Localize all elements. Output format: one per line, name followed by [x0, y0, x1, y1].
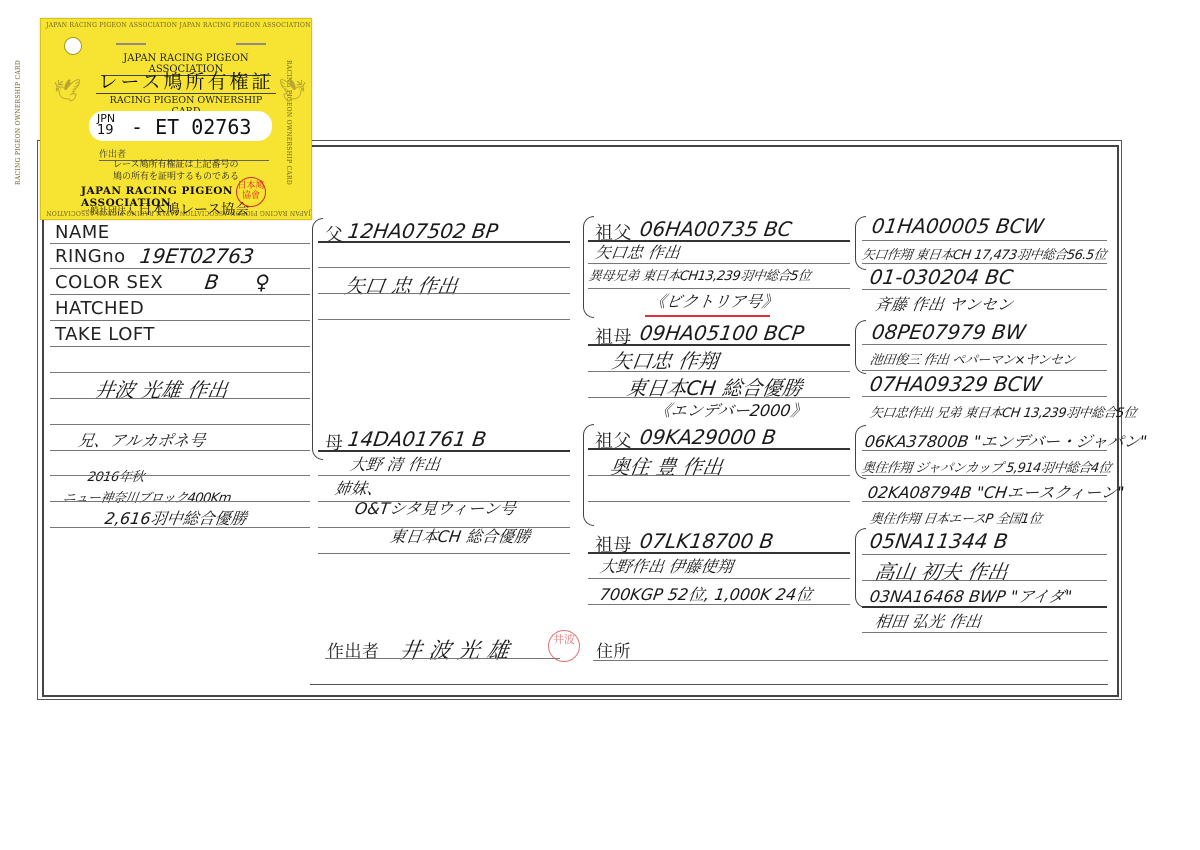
divider — [862, 396, 1107, 397]
card-ring-number: JPN 19 - ET 02763 — [89, 111, 272, 141]
card-note-line: 鳩の所有を証明するものである — [113, 171, 239, 183]
divider — [325, 658, 560, 659]
sire-sire-line-3: 《ビクトリア号》 — [648, 289, 779, 312]
divider — [50, 372, 310, 373]
divider — [588, 263, 850, 264]
address-line — [593, 660, 1108, 661]
gg-line-8: 相田 弘光 作出 — [873, 609, 982, 632]
divider — [862, 289, 1107, 290]
red-underline — [645, 315, 770, 317]
card-association-prefix: 一般社団法人 — [81, 207, 135, 217]
association-seal: 日本鳩協會 — [236, 177, 266, 207]
divider — [862, 606, 1107, 608]
divider — [318, 553, 570, 554]
breeder-stamp: 井波 — [548, 630, 580, 662]
gg-ring-8: 03NA16468 BWP "アイダ" — [868, 584, 1073, 607]
divider — [318, 319, 570, 320]
dam-sire-ring: 09KA29000 B — [638, 425, 777, 449]
field-value-color-sex: B ♀ — [203, 270, 271, 294]
pigeon-emblem-icon: 🕊 — [53, 79, 81, 104]
field-value-ringno: 19ET02763 — [138, 244, 255, 268]
sire-ring: 12HA07502 BP — [346, 219, 499, 243]
sire-dam-line-1: 矢口忠 作翔 — [610, 345, 720, 374]
pigeon-note-1: 兄、アルカポネ号 — [76, 428, 207, 451]
gg-line-5: 奥住作翔 ジャパンカップ 5,914羽中総合4位 — [861, 457, 1113, 476]
card-border-text-left: RACING PIGEON OWNERSHIP CARD — [15, 60, 22, 185]
divider — [50, 527, 310, 528]
divider — [318, 293, 570, 294]
staple — [116, 43, 146, 45]
gg-line-2: 斉藤 作出 ヤンセン — [873, 292, 1014, 315]
card-note-line: レース鳩所有権証は上記番号の — [113, 159, 239, 171]
divider — [50, 450, 310, 451]
divider — [50, 475, 310, 476]
ownership-card: JAPAN RACING PIGEON ASSOCIATION JAPAN RA… — [40, 18, 312, 220]
sire-sire-line-2: 異母兄弟 東日本CH13,239羽中総合5位 — [588, 265, 812, 284]
gg-line-4: 矢口忠作出 兄弟 東日本CH 13,239羽中総合5位 — [869, 402, 1138, 421]
divider — [50, 424, 310, 425]
gg-ring-2: 01-030204 BC — [868, 265, 1014, 289]
sire-dam-line-3: 《エンデバー2000》 — [653, 398, 808, 421]
sire-dam-ring: 09HA05100 BCP — [638, 321, 805, 345]
divider — [50, 398, 310, 399]
dam-dam-line-1: 大野作出 伊藤使翔 — [598, 554, 734, 577]
gg-line-3: 池田俊三 作出 ペパーマン×ヤンセン — [869, 349, 1077, 368]
divider — [50, 346, 310, 347]
divider — [318, 241, 570, 243]
divider — [862, 240, 1107, 241]
card-title-jp: レース鳩所有権証 — [96, 67, 276, 94]
field-label-take-loft: TAKE LOFT — [55, 324, 155, 345]
divider — [588, 475, 850, 476]
divider — [588, 501, 850, 502]
pigeon-note-4: 2,616羽中総合優勝 — [103, 506, 248, 529]
gg-ring-1: 01HA00005 BCW — [870, 214, 1045, 238]
divider — [588, 604, 850, 605]
sire-line-1: 矢口 忠 作出 — [343, 270, 460, 299]
divider — [862, 501, 1107, 502]
divider — [588, 448, 850, 450]
divider — [862, 554, 1107, 555]
ring-code: - ET 02763 — [131, 115, 251, 139]
divider — [862, 450, 1107, 451]
brace — [855, 320, 866, 374]
sire-label: 父 — [325, 221, 344, 247]
card-hole — [64, 37, 82, 55]
gg-line-6: 奥住作翔 日本エースP 全国1位 — [869, 508, 1043, 527]
pigeon-emblem-icon: 🕊 — [279, 79, 307, 104]
divider — [50, 268, 310, 269]
field-label-color-sex: COLOR SEX — [55, 272, 163, 293]
sire-sire-ring: 06HA00735 BC — [638, 217, 793, 241]
ring-prefix: JPN 19 — [97, 113, 115, 137]
divider — [50, 294, 310, 295]
divider — [862, 475, 1107, 476]
brace — [312, 218, 323, 460]
pigeon-note-3: ニュー神奈川ブロック400Km — [62, 487, 233, 506]
divider — [50, 320, 310, 321]
card-association-footer-jp: 一般社団法人 日本鳩レース協会 — [81, 199, 249, 219]
gg-ring-3: 08PE07979 BW — [870, 320, 1027, 344]
divider — [318, 267, 570, 268]
divider — [862, 263, 1107, 264]
staple — [236, 43, 266, 45]
ring-prefix-year: 19 — [97, 125, 115, 137]
divider — [318, 527, 570, 528]
divider — [862, 344, 1107, 345]
gg-ring-7: 05NA11344 B — [868, 529, 1009, 553]
divider — [862, 632, 1107, 633]
divider — [50, 501, 310, 502]
card-border-text-top: JAPAN RACING PIGEON ASSOCIATION JAPAN RA… — [46, 22, 311, 29]
field-label-name: NAME — [55, 222, 110, 243]
dam-line-3: O&Tシタ見ウィーン号 — [353, 496, 517, 519]
footer-address-label: 住所 — [596, 637, 631, 662]
dam-line-1: 大野 清 作出 — [348, 452, 441, 475]
dam-dam-line-2: 700KGP 52位, 1,000K 24位 — [598, 582, 814, 605]
divider — [862, 580, 1107, 581]
card-note: レース鳩所有権証は上記番号の 鳩の所有を証明するものである — [113, 159, 239, 183]
divider — [862, 370, 1107, 371]
divider — [310, 684, 1108, 685]
sire-sire-line-1: 矢口忠 作出 — [593, 240, 681, 263]
gg-line-1: 矢口作翔 東日本CH 17,473羽中総合56.5位 — [861, 244, 1108, 263]
field-label-ringno: RINGno — [55, 246, 126, 267]
field-label-hatched: HATCHED — [55, 298, 144, 319]
dam-dam-ring: 07LK18700 B — [638, 529, 775, 553]
brace — [855, 528, 866, 608]
divider — [588, 578, 850, 579]
dam-ring: 14DA01761 B — [346, 427, 488, 451]
gg-ring-5: 06KA37800B "エンデバー・ジャパン" — [863, 429, 1148, 452]
footer-breeder-name: 井 波 光 雄 — [398, 634, 511, 665]
card-association-name: 日本鳩レース協会 — [138, 202, 249, 218]
gg-ring-6: 02KA08794B "CHエースクィーン" — [866, 480, 1126, 503]
gg-ring-4: 07HA09329 BCW — [868, 372, 1043, 396]
